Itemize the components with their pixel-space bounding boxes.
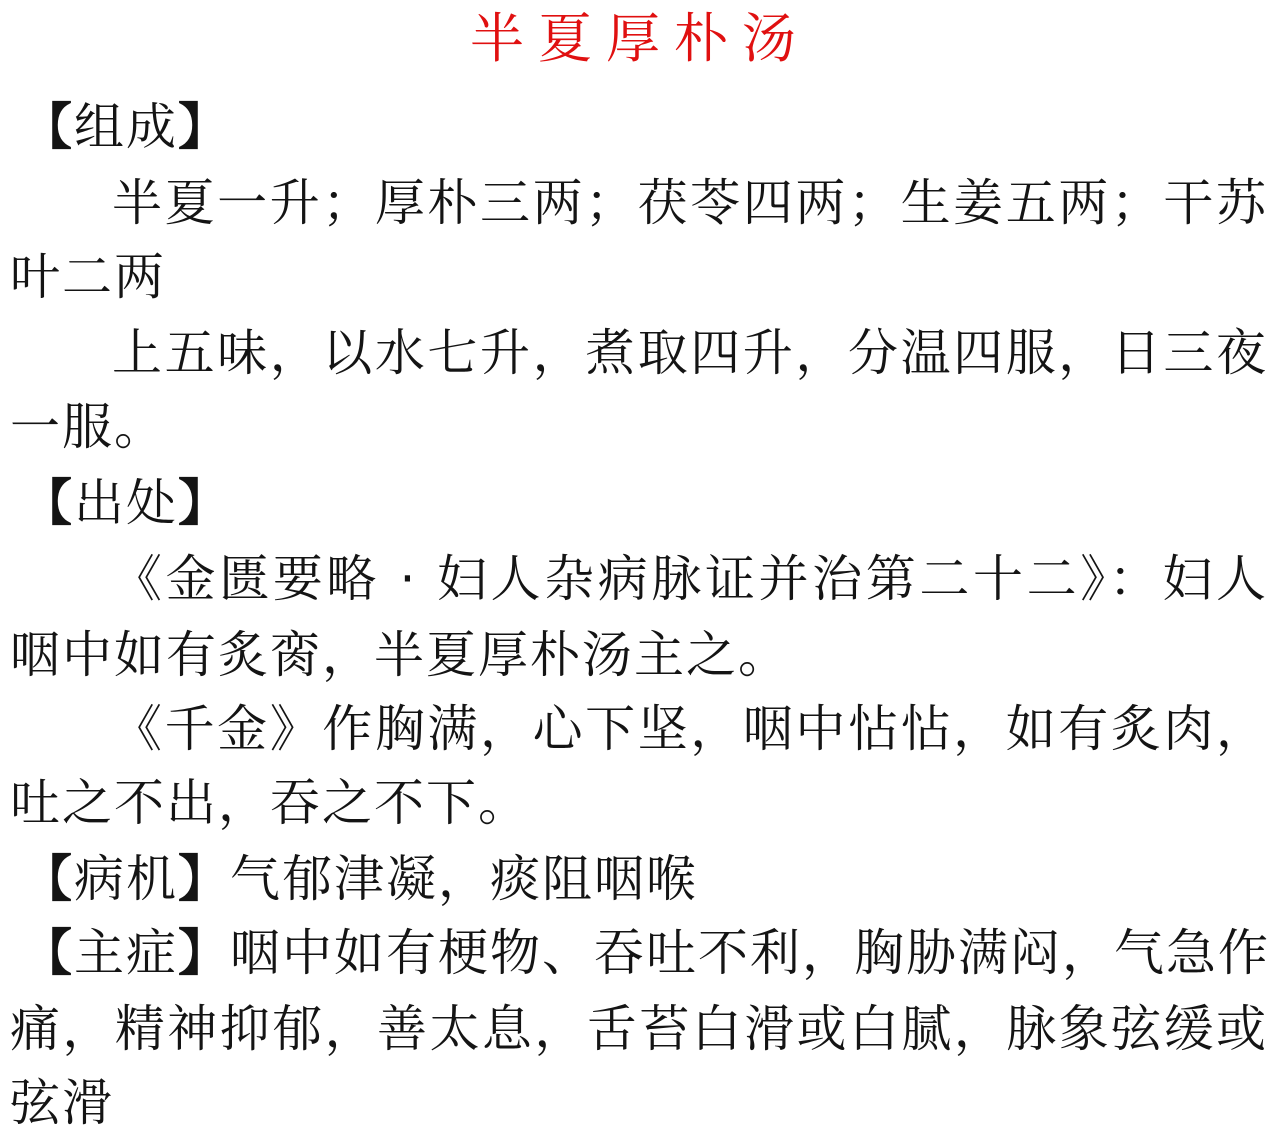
main-symptoms-text: 咽中如有梗物、吞吐不利，胸胁满闷，气急作 [230, 924, 1270, 982]
heading-label: 组成 [74, 98, 178, 156]
heading-label: 主症 [74, 924, 178, 982]
bracket-close: 】 [178, 850, 230, 908]
section-heading-source: 【出处】 [22, 472, 1280, 534]
formula-title: 半夏厚朴汤 [0, 4, 1280, 74]
composition-line: 上五味，以水七升，煮取四升，分温四服，日三夜 [112, 322, 1268, 384]
pathogenesis-text: 气郁津凝，痰阻咽喉 [230, 850, 698, 908]
heading-label: 病机 [74, 850, 178, 908]
bracket-open: 【 [22, 98, 74, 156]
source-line: 咽中如有炙脔，半夏厚朴汤主之。 [10, 624, 1270, 686]
bracket-close: 】 [178, 474, 230, 532]
bracket-open: 【 [22, 474, 74, 532]
bracket-close: 】 [178, 924, 230, 982]
section-pathogenesis: 【病机】气郁津凝，痰阻咽喉 [22, 848, 1280, 910]
source-line: 《千金》作胸满，心下坚，咽中怗怗，如有炙肉， [112, 698, 1268, 760]
main-symptoms-line: 痛，精神抑郁，善太息，舌苔白滑或白腻，脉象弦缓或 [10, 998, 1268, 1060]
heading-label: 出处 [74, 474, 178, 532]
source-line: 吐之不出，吞之不下。 [10, 772, 1270, 834]
main-symptoms-line: 弦滑 [10, 1072, 1270, 1134]
source-line: 《金匮要略 · 妇人杂病脉证并治第二十二》：妇人 [112, 548, 1268, 610]
composition-line: 一服。 [10, 396, 1270, 458]
section-heading-composition: 【组成】 [22, 96, 1280, 158]
bracket-close: 】 [178, 98, 230, 156]
composition-line: 半夏一升；厚朴三两；茯苓四两；生姜五两；干苏 [112, 172, 1268, 234]
composition-line: 叶二两 [10, 246, 1270, 308]
bracket-open: 【 [22, 850, 74, 908]
bracket-open: 【 [22, 924, 74, 982]
section-main-symptoms: 【主症】咽中如有梗物、吞吐不利，胸胁满闷，气急作 [22, 922, 1268, 984]
